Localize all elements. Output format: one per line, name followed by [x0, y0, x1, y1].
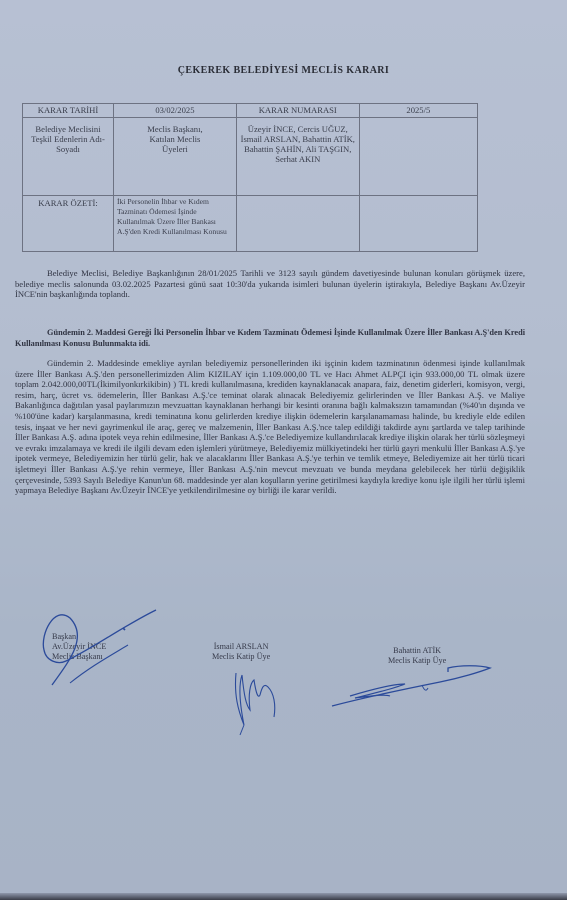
ozet-label: KARAR ÖZETİ: — [23, 196, 114, 252]
members-names: Üzeyir İNCE, Cercis UĞUZ, İsmail ARSLAN,… — [236, 118, 359, 196]
members-role: Meclis Başkanı, Katılan Meclis Üyeleri — [114, 118, 237, 196]
karar-numarasi-label: KARAR NUMARASI — [236, 104, 359, 118]
decision-paragraph: Gündemin 2. Maddesinde emekliye ayrılan … — [15, 358, 525, 496]
members-label: Belediye Meclisini Teşkil Edenlerin Adı-… — [23, 118, 114, 196]
table-row: KARAR TARİHİ 03/02/2025 KARAR NUMARASI 2… — [23, 104, 478, 118]
empty-cell — [359, 196, 477, 252]
decision-info-table: KARAR TARİHİ 03/02/2025 KARAR NUMARASI 2… — [22, 103, 478, 252]
empty-cell — [359, 118, 477, 196]
signature-name: İsmail ARSLAN — [212, 642, 270, 652]
page-bottom-edge — [0, 893, 567, 900]
karar-tarihi-value: 03/02/2025 — [114, 104, 237, 118]
document-page: ÇEKEREK BELEDİYESİ MECLİS KARARI KARAR T… — [0, 0, 567, 900]
handwritten-signature-atik — [330, 660, 500, 720]
empty-cell — [236, 196, 359, 252]
decision-paragraph-text: Gündemin 2. Maddesinde emekliye ayrılan … — [15, 358, 525, 495]
signature-block-arslan: İsmail ARSLAN Meclis Katip Üye — [212, 642, 270, 662]
signature-role: Meclis Katip Üye — [212, 652, 270, 662]
table-row: KARAR ÖZETİ: İki Personelin İhbar ve Kıd… — [23, 196, 478, 252]
karar-numarasi-value: 2025/5 — [359, 104, 477, 118]
document-title: ÇEKEREK BELEDİYESİ MECLİS KARARI — [0, 65, 567, 76]
agenda-heading-text: Gündemin 2. Maddesi Gereği İki Personeli… — [15, 328, 525, 348]
opening-paragraph: Belediye Meclisi, Belediye Başkanlığının… — [15, 268, 525, 300]
opening-paragraph-text: Belediye Meclisi, Belediye Başkanlığının… — [15, 268, 525, 299]
table-row: Belediye Meclisini Teşkil Edenlerin Adı-… — [23, 118, 478, 196]
agenda-heading: Gündemin 2. Maddesi Gereği İki Personeli… — [15, 328, 525, 349]
ozet-value: İki Personelin İhbar ve Kıdem Tazminatı … — [114, 196, 237, 252]
handwritten-signature-arslan — [228, 665, 298, 735]
karar-tarihi-label: KARAR TARİHİ — [23, 104, 114, 118]
handwritten-signature-mayor — [30, 605, 170, 685]
signature-name: Bahattin ATİK — [388, 646, 446, 656]
